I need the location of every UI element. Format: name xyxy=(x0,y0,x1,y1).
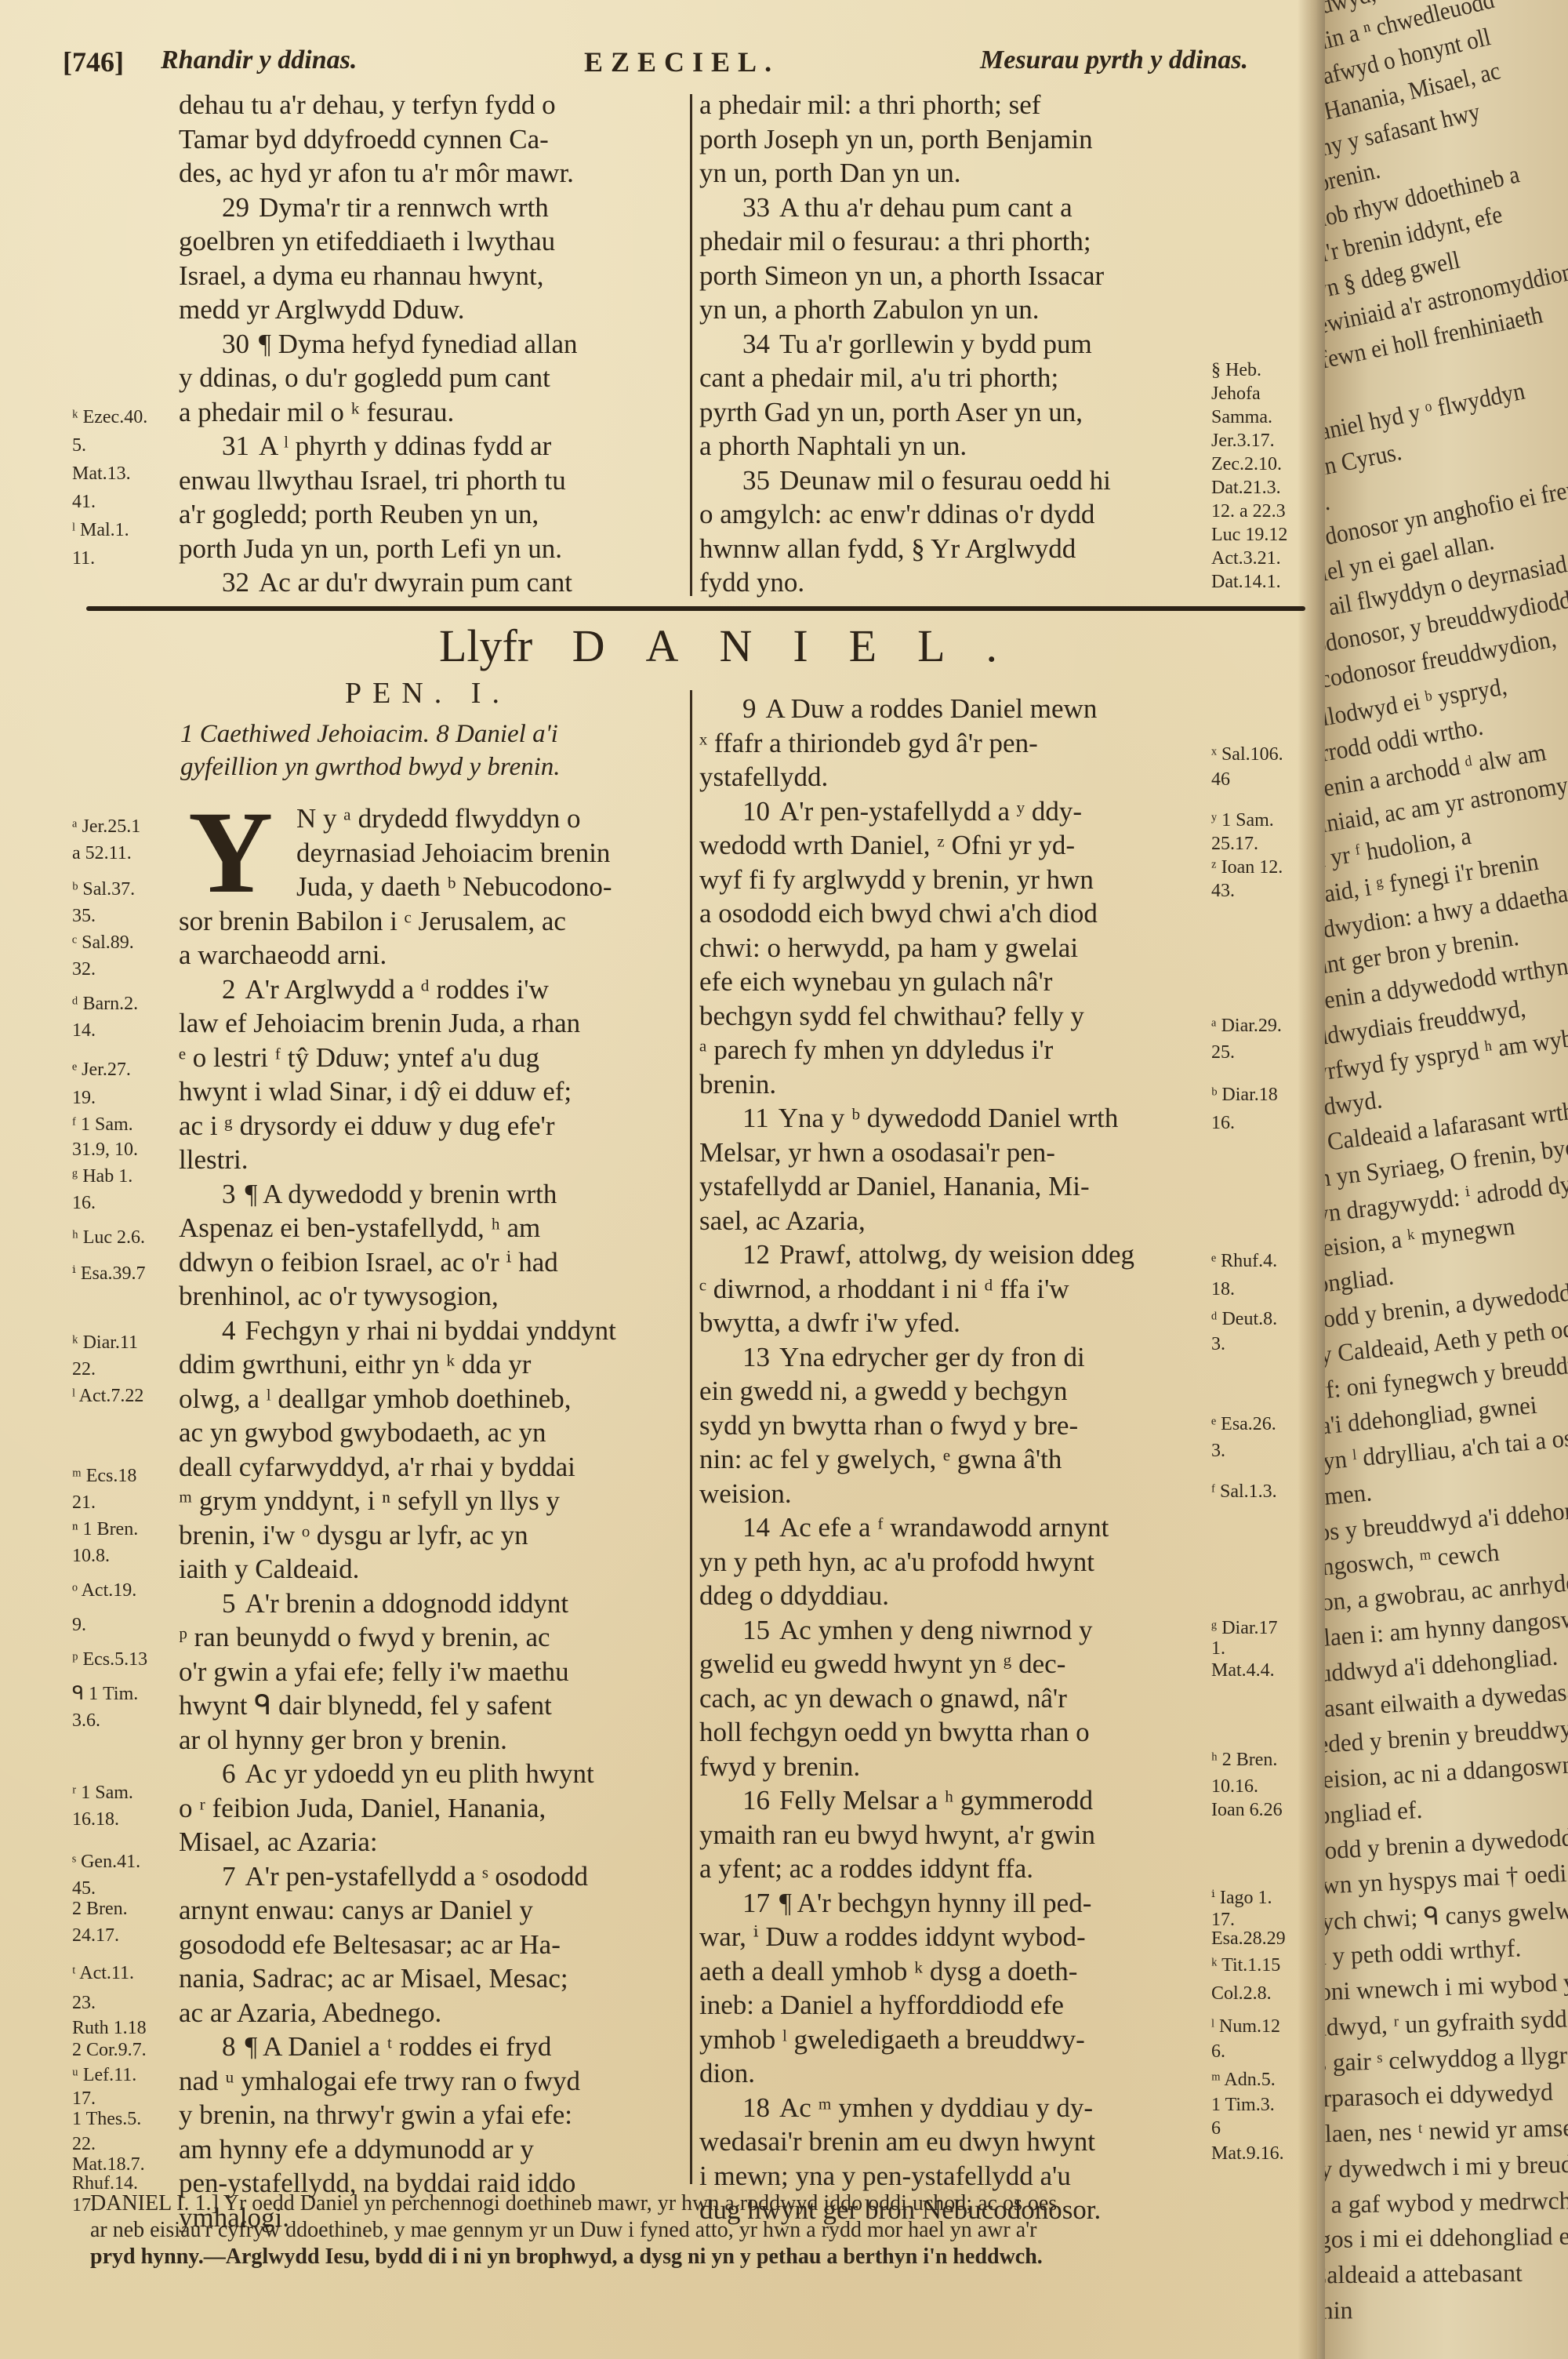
verse-line: ymaith ran eu bwyd hwynt, a'r gwin xyxy=(699,1818,1095,1852)
verse-line: 7A'r pen-ystafellydd a ˢ osododd xyxy=(179,1859,588,1894)
cross-reference-note: 46 xyxy=(1211,770,1230,789)
verse-number: 17 xyxy=(742,1888,770,1918)
verse-text: Tu a'r gorllewin y bydd pum xyxy=(779,329,1092,359)
verse-line: 14Ac efe a ᶠ wrandawodd arnynt xyxy=(699,1510,1109,1545)
verse-text: A ˡ phyrth y ddinas fydd ar xyxy=(259,431,551,461)
verse-line: 34Tu a'r gorllewin y bydd pum xyxy=(699,327,1092,362)
verse-text: ᵖ ran beunydd o fwyd y brenin, ac xyxy=(179,1622,550,1652)
cross-reference-note: ⁿ 1 Bren. xyxy=(72,1520,138,1539)
verse-line: bwytta, a dwfr i'w yfed. xyxy=(699,1306,960,1340)
verse-text: pyrth Gad yn un, porth Aser yn un, xyxy=(699,397,1083,427)
verse-text: ᵐ grym ynddynt, i ⁿ sefyll yn llys y xyxy=(179,1485,560,1516)
verse-text: Deunaw mil o fesurau oedd hi xyxy=(779,465,1111,496)
verse-line: ddeg o ddyddiau. xyxy=(699,1579,889,1613)
verse-line: yn un, a phorth Zabulon yn un. xyxy=(699,293,1040,327)
verse-text: i mewn; yna y pen-ystafellydd a'u xyxy=(699,2161,1071,2191)
verse-text: ar ol hynny ger bron y brenin. xyxy=(179,1725,507,1755)
verse-text: cach, ac yn dewach o gnawd, nâ'r xyxy=(699,1683,1067,1714)
verse-text: ¶ A Daniel a ᵗ roddes ei fryd xyxy=(245,2031,552,2062)
cross-reference-note: 3. xyxy=(1211,1441,1225,1460)
verse-line: ystafellydd ar Daniel, Hanania, Mi- xyxy=(699,1169,1090,1204)
verse-text: ac ar Azaria, Abednego. xyxy=(179,1997,441,2028)
verse-line: iaith y Caldeaid. xyxy=(179,1552,359,1587)
cross-reference-note: ᑫ 1 Tim. xyxy=(72,1685,138,1703)
verse-line: brenin. xyxy=(699,1067,776,1102)
cross-reference-note: 25.17. xyxy=(1211,834,1258,853)
verse-text: Ac ᵐ ymhen y dyddiau y dy- xyxy=(779,2092,1093,2123)
cross-reference-note: 43. xyxy=(1211,881,1235,900)
cross-reference-note: ᵗ Act.11. xyxy=(72,1964,134,1983)
cross-reference-note: ᵉ Rhuf.4. xyxy=(1211,1252,1277,1270)
running-head-book: EZECIEL. xyxy=(584,45,779,78)
cross-reference-note: Jehofa xyxy=(1211,384,1261,403)
verse-text: ˣ ffafr a thiriondeb gyd â'r pen- xyxy=(699,728,1038,758)
verse-text: wedasai'r brenin am eu dwyn hwynt xyxy=(699,2126,1095,2157)
verse-line: nania, Sadrac; ac ar Misael, Mesac; xyxy=(179,1961,568,1996)
verse-text: A thu a'r dehau pum cant a xyxy=(779,192,1073,223)
cross-reference-note: ᵇ Diar.18 xyxy=(1211,1085,1278,1104)
verse-line: ac ar Azaria, Abednego. xyxy=(179,1996,441,2030)
verse-line: 8¶ A Daniel a ᵗ roddes ei fryd xyxy=(179,2030,551,2064)
cross-reference-note: Ruth 1.18 xyxy=(72,2019,147,2037)
verse-line: cach, ac yn dewach o gnawd, nâ'r xyxy=(699,1681,1067,1716)
verse-text: ymhob ˡ gweledigaeth a breuddwy- xyxy=(699,2024,1085,2055)
verse-text: ein gwedd ni, a gwedd y bechgyn xyxy=(699,1376,1067,1406)
verse-text: bwytta, a dwfr i'w yfed. xyxy=(699,1307,960,1338)
column-rule-top xyxy=(690,94,692,596)
cross-reference-note: ˡ Act.7.22 xyxy=(72,1387,143,1405)
verse-text: A Duw a roddes Daniel mewn xyxy=(766,693,1098,724)
verse-text: ¶ A'r bechgyn hynny ill ped- xyxy=(779,1888,1091,1918)
verse-text: bechgyn sydd fel chwithau? felly y xyxy=(699,1001,1084,1031)
verse-text: Israel, a dyma eu rhannau hwynt, xyxy=(179,260,544,291)
book-title-name: DANIEL. xyxy=(572,620,1038,671)
verse-text: Misael, ac Azaria: xyxy=(179,1826,378,1857)
verse-text: iaith y Caldeaid. xyxy=(179,1554,359,1584)
verse-number: 35 xyxy=(742,465,770,496)
verse-text: war, ⁱ Duw a roddes iddynt wybod- xyxy=(699,1921,1086,1952)
verse-number: 2 xyxy=(222,974,236,1005)
verse-line: 30¶ Dyma hefyd fynediad allan xyxy=(179,327,578,362)
verse-number: 7 xyxy=(222,1861,236,1892)
verse-line: gosododd efe Beltesasar; ac ar Ha- xyxy=(179,1928,561,1962)
cross-reference-note: Mat.13. xyxy=(72,464,131,483)
verse-line: fydd yno. xyxy=(699,565,804,600)
verse-number: 10 xyxy=(742,796,770,827)
verse-line: 6Ac yr ydoedd yn eu plith hwynt xyxy=(179,1757,594,1791)
column-rule-bottom xyxy=(690,690,692,2184)
adjacent-page-line: ac mi a gaf wybod y medrwch xyxy=(1325,2186,1568,2220)
verse-text: Fechgyn y rhai ni byddai ynddynt xyxy=(245,1315,616,1346)
verse-text: aeth a deall ymhob ᵏ dysg a doeth- xyxy=(699,1956,1077,1986)
verse-text: goelbren yn etifeddiaeth i lwythau xyxy=(179,226,555,256)
chapter-heading: PEN. I. xyxy=(345,676,510,711)
book-title: Llyfr DANIEL. xyxy=(439,620,1038,672)
verse-text: Tamar byd ddyfroedd cynnen Ca- xyxy=(179,124,549,154)
running-head-right: Mesurau pyrth y ddinas. xyxy=(980,45,1248,75)
verse-line: sor brenin Babilon i ᶜ Jerusalem, ac xyxy=(179,904,566,939)
cross-reference-note: ᶻ Ioan 12. xyxy=(1211,858,1283,877)
verse-text: efe eich wynebau yn gulach nâ'r xyxy=(699,966,1052,997)
verse-text: ac i ᵍ drysordy ei dduw y dug efe'r xyxy=(179,1110,554,1141)
verse-line: y ddinas, o du'r gogledd pum cant xyxy=(179,361,550,395)
verse-line: hwynt ᑫ dair blynedd, fel y safent xyxy=(179,1688,552,1723)
adjacent-page-line: hynny dywedwch i mi y breuddwyd, xyxy=(1325,2148,1568,2185)
verse-line: 13Yna edrycher ger dy fron di xyxy=(699,1340,1085,1375)
verse-line: 29Dyma'r tir a rennwch wrth xyxy=(179,191,549,225)
verse-number: 33 xyxy=(742,192,770,223)
cross-reference-note: 22. xyxy=(72,2135,96,2154)
verse-number: 11 xyxy=(742,1103,769,1133)
cross-reference-note: 5. xyxy=(72,436,86,455)
adjacent-page-line: yr ydych chwi; ᑫ canys gwelwch xyxy=(1325,1894,1568,1939)
cross-reference-note: ᶠ 1 Sam. xyxy=(72,1115,133,1134)
cross-reference-note: ᶠ Sal.1.3. xyxy=(1211,1482,1277,1501)
cross-reference-note: 3. xyxy=(1211,1335,1225,1354)
verse-text: brenin. xyxy=(699,1069,776,1100)
verse-number: 16 xyxy=(742,1785,770,1816)
verse-number: 4 xyxy=(222,1315,236,1346)
verse-number: 9 xyxy=(742,693,757,724)
footnote-line-1: DANIEL I. 1.] Yr oedd Daniel yn perchenn… xyxy=(90,2191,1057,2216)
verse-line: llestri. xyxy=(179,1143,248,1177)
verse-text: a warchaeodd arni. xyxy=(179,940,387,970)
verse-text: medd yr Arglwydd Dduw. xyxy=(179,294,465,325)
cross-reference-note: ʰ Luc 2.6. xyxy=(72,1228,145,1247)
cross-reference-note: Zec.2.10. xyxy=(1211,455,1282,474)
verse-line: phedair mil o fesurau: a thri phorth; xyxy=(699,224,1091,259)
cross-reference-note: 32. xyxy=(72,960,96,979)
cross-reference-note: 1 Tim.3. xyxy=(1211,2095,1275,2114)
verse-line: 10A'r pen-ystafellydd a ʸ ddy- xyxy=(699,794,1082,829)
verse-line: Israel, a dyma eu rhannau hwynt, xyxy=(179,259,544,293)
adjacent-page-line: ¶ Y Caldeaid a attebasant xyxy=(1325,2259,1523,2290)
verse-line: enwau llwythau Israel, tri phorth tu xyxy=(179,463,566,498)
verse-line: holl fechgyn oedd yn bwytta rhan o xyxy=(699,1715,1090,1750)
verse-line: hwynt i wlad Sinar, i dŷ ei dduw ef; xyxy=(179,1074,572,1109)
cross-reference-note: a 52.11. xyxy=(72,844,132,863)
verse-line: ar ol hynny ger bron y brenin. xyxy=(179,1723,507,1757)
cross-reference-note: ᵘ Lef.11. xyxy=(72,2066,136,2085)
verse-line: 11Yna y ᵇ dywedodd Daniel wrth xyxy=(699,1101,1118,1136)
verse-line: 4Fechgyn y rhai ni byddai ynddynt xyxy=(179,1314,616,1348)
verse-text: o'r gwin a yfai efe; felly i'w maethu xyxy=(179,1656,569,1687)
verse-text: porth Juda yn un, porth Lefi yn un. xyxy=(179,533,562,564)
verse-line: Melsar, yr hwn a osodasai'r pen- xyxy=(699,1136,1055,1170)
cross-reference-note: ʰ 2 Bren. xyxy=(1211,1750,1277,1769)
verse-number: 14 xyxy=(742,1512,770,1543)
adjacent-page-line: ddangos i mi ei ddehongliad ef. xyxy=(1325,2222,1568,2255)
cross-reference-note: Dat.14.1. xyxy=(1211,572,1281,591)
verse-text: ᵃ parech fy mhen yn ddyledus i'r xyxy=(699,1034,1053,1065)
verse-text: yn un, a phorth Zabulon yn un. xyxy=(699,294,1040,325)
cross-reference-note: Ioan 6.26 xyxy=(1211,1801,1283,1819)
cross-reference-note: Jer.3.17. xyxy=(1211,431,1275,450)
verse-line: deyrnasiad Jehoiacim brenin xyxy=(179,836,610,871)
cross-reference-note: 16. xyxy=(1211,1114,1235,1132)
verse-line: yn un, porth Dan yn un. xyxy=(699,156,960,191)
cross-reference-note: 9. xyxy=(72,1616,86,1634)
verse-line: 35Deunaw mil o fesurau oedd hi xyxy=(699,463,1111,498)
verse-text: ystafellydd ar Daniel, Hanania, Mi- xyxy=(699,1171,1090,1201)
verse-text: am hynny efe a ddymunodd ar y xyxy=(179,2134,534,2165)
verse-text: ¶ A dywedodd y brenin wrth xyxy=(245,1179,557,1209)
adjacent-page-line: y brenin xyxy=(1325,2296,1353,2326)
verse-line: gwelid eu gwedd hwynt yn ᵍ dec- xyxy=(699,1647,1065,1681)
verse-text: a phedair mil o ᵏ fesurau. xyxy=(179,397,454,427)
verse-line: porth Simeon yn un, a phorth Issacar xyxy=(699,259,1104,293)
running-header: [746] Rhandir y ddinas. EZECIEL. Mesurau… xyxy=(63,45,1317,85)
cross-reference-note: 17. xyxy=(1211,1910,1235,1929)
cross-reference-note: ᵒ Act.19. xyxy=(72,1581,136,1600)
cross-reference-note: Esa.28.29 xyxy=(1211,1929,1286,1948)
verse-line: aeth a deall ymhob ᵏ dysg a doeth- xyxy=(699,1954,1077,1989)
verse-line: ˣ ffafr a thiriondeb gyd â'r pen- xyxy=(699,726,1038,761)
cross-reference-note: 1. xyxy=(1211,1639,1225,1658)
verse-line: goelbren yn etifeddiaeth i lwythau xyxy=(179,224,555,259)
verse-text: nad ᵘ ymhalogai efe trwy ran o fwyd xyxy=(179,2066,580,2096)
cross-reference-note: 11. xyxy=(72,549,95,568)
verse-text: hwynt i wlad Sinar, i dŷ ei dduw ef; xyxy=(179,1076,572,1107)
footnote-line-2: ar neb eisiau'r cyfryw ddoethineb, y mae… xyxy=(90,2218,1037,2243)
verse-line: brenhinol, ac o'r tywysogion, xyxy=(179,1279,499,1314)
verse-line: 16Felly Melsar a ʰ gymmerodd xyxy=(699,1783,1093,1818)
verse-line: wedasai'r brenin am eu dwyn hwynt xyxy=(699,2125,1095,2159)
running-head-left: Rhandir y ddinas. xyxy=(161,45,357,75)
verse-text: a yfent; ac a roddes iddynt ffa. xyxy=(699,1853,1033,1884)
cross-reference-note: ᵉ Jer.27. xyxy=(72,1060,131,1079)
cross-reference-note: Samma. xyxy=(1211,408,1272,427)
verse-line: deall cyfarwyddyd, a'r rhai y byddai xyxy=(179,1450,575,1485)
verse-text: Ac ymhen y deng niwrnod y xyxy=(779,1615,1093,1645)
verse-line: des, ac hyd yr afon tu a'r môr mawr. xyxy=(179,156,574,191)
verse-number: 30 xyxy=(222,329,249,359)
cross-reference-note: ᶜ Sal.89. xyxy=(72,933,134,952)
verse-line: a phedair mil: a thri phorth; sef xyxy=(699,88,1040,122)
adjacent-page-line: Ond oni wnewch i mi wybod y xyxy=(1325,1968,1568,2008)
verse-line: efe eich wynebau yn gulach nâ'r xyxy=(699,965,1052,999)
verse-line: porth Joseph yn un, porth Benjamin xyxy=(699,122,1093,157)
verse-line: am hynny efe a ddymunodd ar y xyxy=(179,2132,534,2167)
cross-reference-note: ᵍ Diar.17 xyxy=(1211,1619,1278,1637)
verse-line: ᵃ parech fy mhen yn ddyledus i'r xyxy=(699,1033,1053,1067)
verse-line: yn y peth hyn, ac a'u profodd hwynt xyxy=(699,1545,1094,1579)
verse-line: ac i ᵍ drysordy ei dduw y dug efe'r xyxy=(179,1109,554,1143)
verse-text: brenin, i'w ᵒ dysgu ar lyfr, ac yn xyxy=(179,1520,528,1550)
verse-text: deall cyfarwyddyd, a'r rhai y byddai xyxy=(179,1452,575,1482)
verse-line: 18Ac ᵐ ymhen y dyddiau y dy- xyxy=(699,2091,1093,2125)
verse-line: bechgyn sydd fel chwithau? felly y xyxy=(699,999,1084,1034)
verse-text: a phorth Naphtali yn un. xyxy=(699,431,967,461)
cross-reference-note: 3.6. xyxy=(72,1711,100,1730)
verse-text: Juda, y daeth ᵇ Nebucodono- xyxy=(296,871,612,902)
verse-number: 13 xyxy=(742,1342,770,1372)
verse-line: sydd yn bwytta rhan o fwyd y bre- xyxy=(699,1408,1078,1443)
verse-text: Aspenaz ei ben-ystafellydd, ʰ am xyxy=(179,1212,540,1243)
cross-reference-note: ˡ Num.12 xyxy=(1211,2017,1280,2036)
verse-line: ᵉ o lestri ᶠ tŷ Dduw; yntef a'u dug xyxy=(179,1041,539,1075)
book-title-prefix: Llyfr xyxy=(439,620,532,671)
verse-text: olwg, a ˡ deallgar ymhob doethineb, xyxy=(179,1383,572,1414)
verse-line: weision. xyxy=(699,1477,792,1511)
verse-text: arnynt enwau: canys ar Daniel y xyxy=(179,1895,533,1925)
cross-reference-note: ᵏ Ezec.40. xyxy=(72,408,147,427)
verse-number: 18 xyxy=(742,2092,770,2123)
adjacent-page: y breuddwyd,A'r brenin a ⁿ chwedleuoddac… xyxy=(1325,0,1568,2359)
verse-text: sor brenin Babilon i ᶜ Jerusalem, ac xyxy=(179,906,566,936)
cross-reference-note: ᵖ Ecs.5.13 xyxy=(72,1650,147,1669)
adjacent-page-line: canys gair ˢ celwyddog a llygredig xyxy=(1325,2039,1568,2079)
chapter-summary-line-2: gyfeillion yn gwrthod bwyd y brenin. xyxy=(180,753,690,782)
adjacent-page-line: i'w weision, ac ni a ddangoswn xyxy=(1325,1750,1568,1797)
verse-text: A'r pen-ystafellydd a ʸ ddy- xyxy=(779,796,1082,827)
verse-text: ᶜ diwrnod, a rhoddant i ni ᵈ ffa i'w xyxy=(699,1274,1069,1304)
verse-line: wedodd wrth Daniel, ᶻ Ofni yr yd- xyxy=(699,828,1075,863)
page-number: [746] xyxy=(63,45,124,78)
verse-text: ystafellydd. xyxy=(699,761,828,792)
cross-reference-note: ᵈ Barn.2. xyxy=(72,994,138,1013)
verse-text: sael, ac Azaria, xyxy=(699,1205,866,1236)
verse-text: Dyma'r tir a rennwch wrth xyxy=(259,192,549,223)
cross-reference-note: 2 Bren. xyxy=(72,1899,128,1918)
verse-line: 33A thu a'r dehau pum cant a xyxy=(699,191,1073,225)
cross-reference-note: 31.9, 10. xyxy=(72,1140,138,1159)
cross-reference-note: ˢ Gen.41. xyxy=(72,1852,140,1871)
verse-text: chwi: o herwydd, pa ham y gwelai xyxy=(699,932,1078,963)
verse-text: deyrnasiad Jehoiacim brenin xyxy=(296,838,610,868)
adjacent-page-line: i'r brenin Cyrus. xyxy=(1325,437,1404,494)
verse-line: sael, ac Azaria, xyxy=(699,1204,866,1238)
verse-line: fwyd y brenin. xyxy=(699,1750,860,1784)
verse-line: 12Prawf, attolwg, dy weision ddeg xyxy=(699,1238,1134,1272)
cross-reference-note: 45. xyxy=(72,1879,96,1898)
cross-reference-note: ᵐ Ecs.18 xyxy=(72,1467,136,1485)
verse-line: a'r gogledd; porth Reuben yn un, xyxy=(179,497,539,532)
verse-text: Ac yr ydoedd yn eu plith hwynt xyxy=(245,1758,594,1789)
verse-line: 15Ac ymhen y deng niwrnod y xyxy=(699,1613,1093,1648)
verse-text: A'r pen-ystafellydd a ˢ osododd xyxy=(245,1861,589,1892)
verse-line: Misael, ac Azaria: xyxy=(179,1825,378,1859)
verse-text: Melsar, yr hwn a osodasai'r pen- xyxy=(699,1137,1055,1168)
verse-text: y ddinas, o du'r gogledd pum cant xyxy=(179,362,550,393)
verse-line: nin: ac fel y gwelych, ᵉ gwna â'th xyxy=(699,1442,1062,1477)
cross-reference-note: 2 Cor.9.7. xyxy=(72,2041,147,2059)
verse-line: dion. xyxy=(699,2056,755,2091)
section-divider-rule xyxy=(86,606,1305,611)
verse-line: Tamar byd ddyfroedd cynnen Ca- xyxy=(179,122,549,157)
verse-text: phedair mil o fesurau: a thri phorth; xyxy=(699,226,1091,256)
cross-reference-note: 23. xyxy=(72,1994,96,2012)
verse-text: dion. xyxy=(699,2058,755,2088)
verse-number: 6 xyxy=(222,1758,236,1789)
cross-reference-note: ᵇ Sal.37. xyxy=(72,880,135,899)
verse-line: a phorth Naphtali yn un. xyxy=(699,429,967,463)
footnote-line-3: pryd hynny.—Arglwydd Iesu, bydd di i ni … xyxy=(90,2245,1043,2270)
cross-reference-note: 19. xyxy=(72,1089,96,1107)
verse-text: nin: ac fel y gwelych, ᵉ gwna â'th xyxy=(699,1444,1062,1474)
cross-reference-note: 35. xyxy=(72,907,96,925)
verse-text: ac yn gwybod gwybodaeth, ac yn xyxy=(179,1417,546,1448)
verse-text: ddim gwrthuni, eithr yn ᵏ dda yr xyxy=(179,1349,531,1379)
cross-reference-note: Dat.21.3. xyxy=(1211,478,1281,497)
verse-line: N y ᵃ drydedd flwyddyn o xyxy=(179,801,580,836)
cross-reference-note: 21. xyxy=(72,1493,96,1512)
verse-line: 2A'r Arglwydd a ᵈ roddes i'w xyxy=(179,972,549,1007)
verse-line: nad ᵘ ymhalogai efe trwy ran o fwyd xyxy=(179,2064,580,2099)
adjacent-page-line: ddehongliad ef. xyxy=(1325,1795,1423,1833)
verse-line: a warchaeodd arni. xyxy=(179,938,387,972)
cross-reference-note: ⁱ Iago 1. xyxy=(1211,1888,1272,1907)
cross-reference-note: ˡ Mal.1. xyxy=(72,521,129,540)
verse-line: ddwyn o feibion Israel, ac o'r ⁱ had xyxy=(179,1245,558,1280)
adjacent-page-line: a ddarparasoch ei ddywedyd xyxy=(1325,2077,1553,2114)
cross-reference-note: ⁱ Esa.39.7 xyxy=(72,1264,145,1283)
verse-line: dehau tu a'r dehau, y terfyn fydd o xyxy=(179,88,556,122)
cross-reference-note: 41. xyxy=(72,493,96,511)
verse-line: ᶜ diwrnod, a rhoddant i ni ᵈ ffa i'w xyxy=(699,1272,1069,1307)
verse-text: o amgylch: ac enw'r ddinas o'r dydd xyxy=(699,499,1094,529)
verse-text: hwnnw allan fydd, § Yr Arglwydd xyxy=(699,533,1076,564)
verse-text: fwyd y brenin. xyxy=(699,1751,860,1782)
verse-line: hwnnw allan fydd, § Yr Arglwydd xyxy=(699,532,1076,566)
verse-text: ᵉ o lestri ᶠ tŷ Dduw; yntef a'u dug xyxy=(179,1042,539,1073)
verse-line: a yfent; ac a roddes iddynt ffa. xyxy=(699,1852,1033,1886)
verse-line: 31A ˡ phyrth y ddinas fydd ar xyxy=(179,429,551,463)
verse-text: Ac ar du'r dwyrain pum cant xyxy=(259,567,572,598)
verse-text: ymaith ran eu bwyd hwynt, a'r gwin xyxy=(699,1819,1095,1850)
verse-text: yn un, porth Dan yn un. xyxy=(699,158,960,188)
verse-line: Juda, y daeth ᵇ Nebucodono- xyxy=(179,870,612,904)
verse-line: pyrth Gad yn un, porth Aser yn un, xyxy=(699,395,1083,430)
verse-line: chwi: o herwydd, pa ham y gwelai xyxy=(699,931,1078,965)
verse-text: cant a phedair mil, a'u tri phorth; xyxy=(699,362,1058,393)
verse-number: 8 xyxy=(222,2031,236,2062)
verse-number: 29 xyxy=(222,192,249,223)
verse-line: o ʳ feibion Juda, Daniel, Hanania, xyxy=(179,1791,546,1826)
cross-reference-note: 17. xyxy=(72,2089,96,2108)
verse-text: brenhinol, ac o'r tywysogion, xyxy=(179,1281,499,1311)
cross-reference-note: Rhuf.14. xyxy=(72,2174,138,2193)
verse-text: yn y peth hyn, ac a'u profodd hwynt xyxy=(699,1547,1094,1577)
verse-text: ¶ Dyma hefyd fynediad allan xyxy=(259,329,578,359)
cross-reference-note: Act.3.21. xyxy=(1211,549,1281,568)
verse-line: cant a phedair mil, a'u tri phorth; xyxy=(699,361,1058,395)
verse-line: o amgylch: ac enw'r ddinas o'r dydd xyxy=(699,497,1094,532)
verse-line: a osododd eich bwyd chwi a'ch diod xyxy=(699,896,1098,931)
cross-reference-note: 10.16. xyxy=(1211,1777,1258,1796)
cross-reference-note: Col.2.8. xyxy=(1211,1984,1272,2003)
cross-reference-note: ᵐ Adn.5. xyxy=(1211,2070,1276,2089)
verse-text: A'r Arglwydd a ᵈ roddes i'w xyxy=(245,974,549,1005)
verse-line: olwg, a ˡ deallgar ymhob doethineb, xyxy=(179,1382,572,1416)
verse-text: gwelid eu gwedd hwynt yn ᵍ dec- xyxy=(699,1648,1065,1679)
cross-reference-note: 16. xyxy=(72,1194,96,1212)
verse-number: 3 xyxy=(222,1179,236,1209)
verse-line: ddim gwrthuni, eithr yn ᵏ dda yr xyxy=(179,1347,531,1382)
cross-reference-note: 6. xyxy=(1211,2042,1225,2061)
verse-text: Prawf, attolwg, dy weision ddeg xyxy=(779,1239,1134,1270)
verse-line: porth Juda yn un, porth Lefi yn un. xyxy=(179,532,562,566)
verse-text: a osododd eich bwyd chwi a'ch diod xyxy=(699,898,1098,929)
verse-text: hwynt ᑫ dair blynedd, fel y safent xyxy=(179,1690,552,1721)
verse-text: law ef Jehoiacim brenin Juda, a rhan xyxy=(179,1008,580,1038)
cross-reference-note: Mat.18.7. xyxy=(72,2155,145,2174)
verse-text: N y ᵃ drydedd flwyddyn o xyxy=(296,803,580,834)
cross-reference-note: Mat.9.16. xyxy=(1211,2144,1284,2163)
verse-text: ddeg o ddyddiau. xyxy=(699,1580,889,1611)
cross-reference-note: 14. xyxy=(72,1021,96,1040)
verse-line: a phedair mil o ᵏ fesurau. xyxy=(179,395,454,430)
